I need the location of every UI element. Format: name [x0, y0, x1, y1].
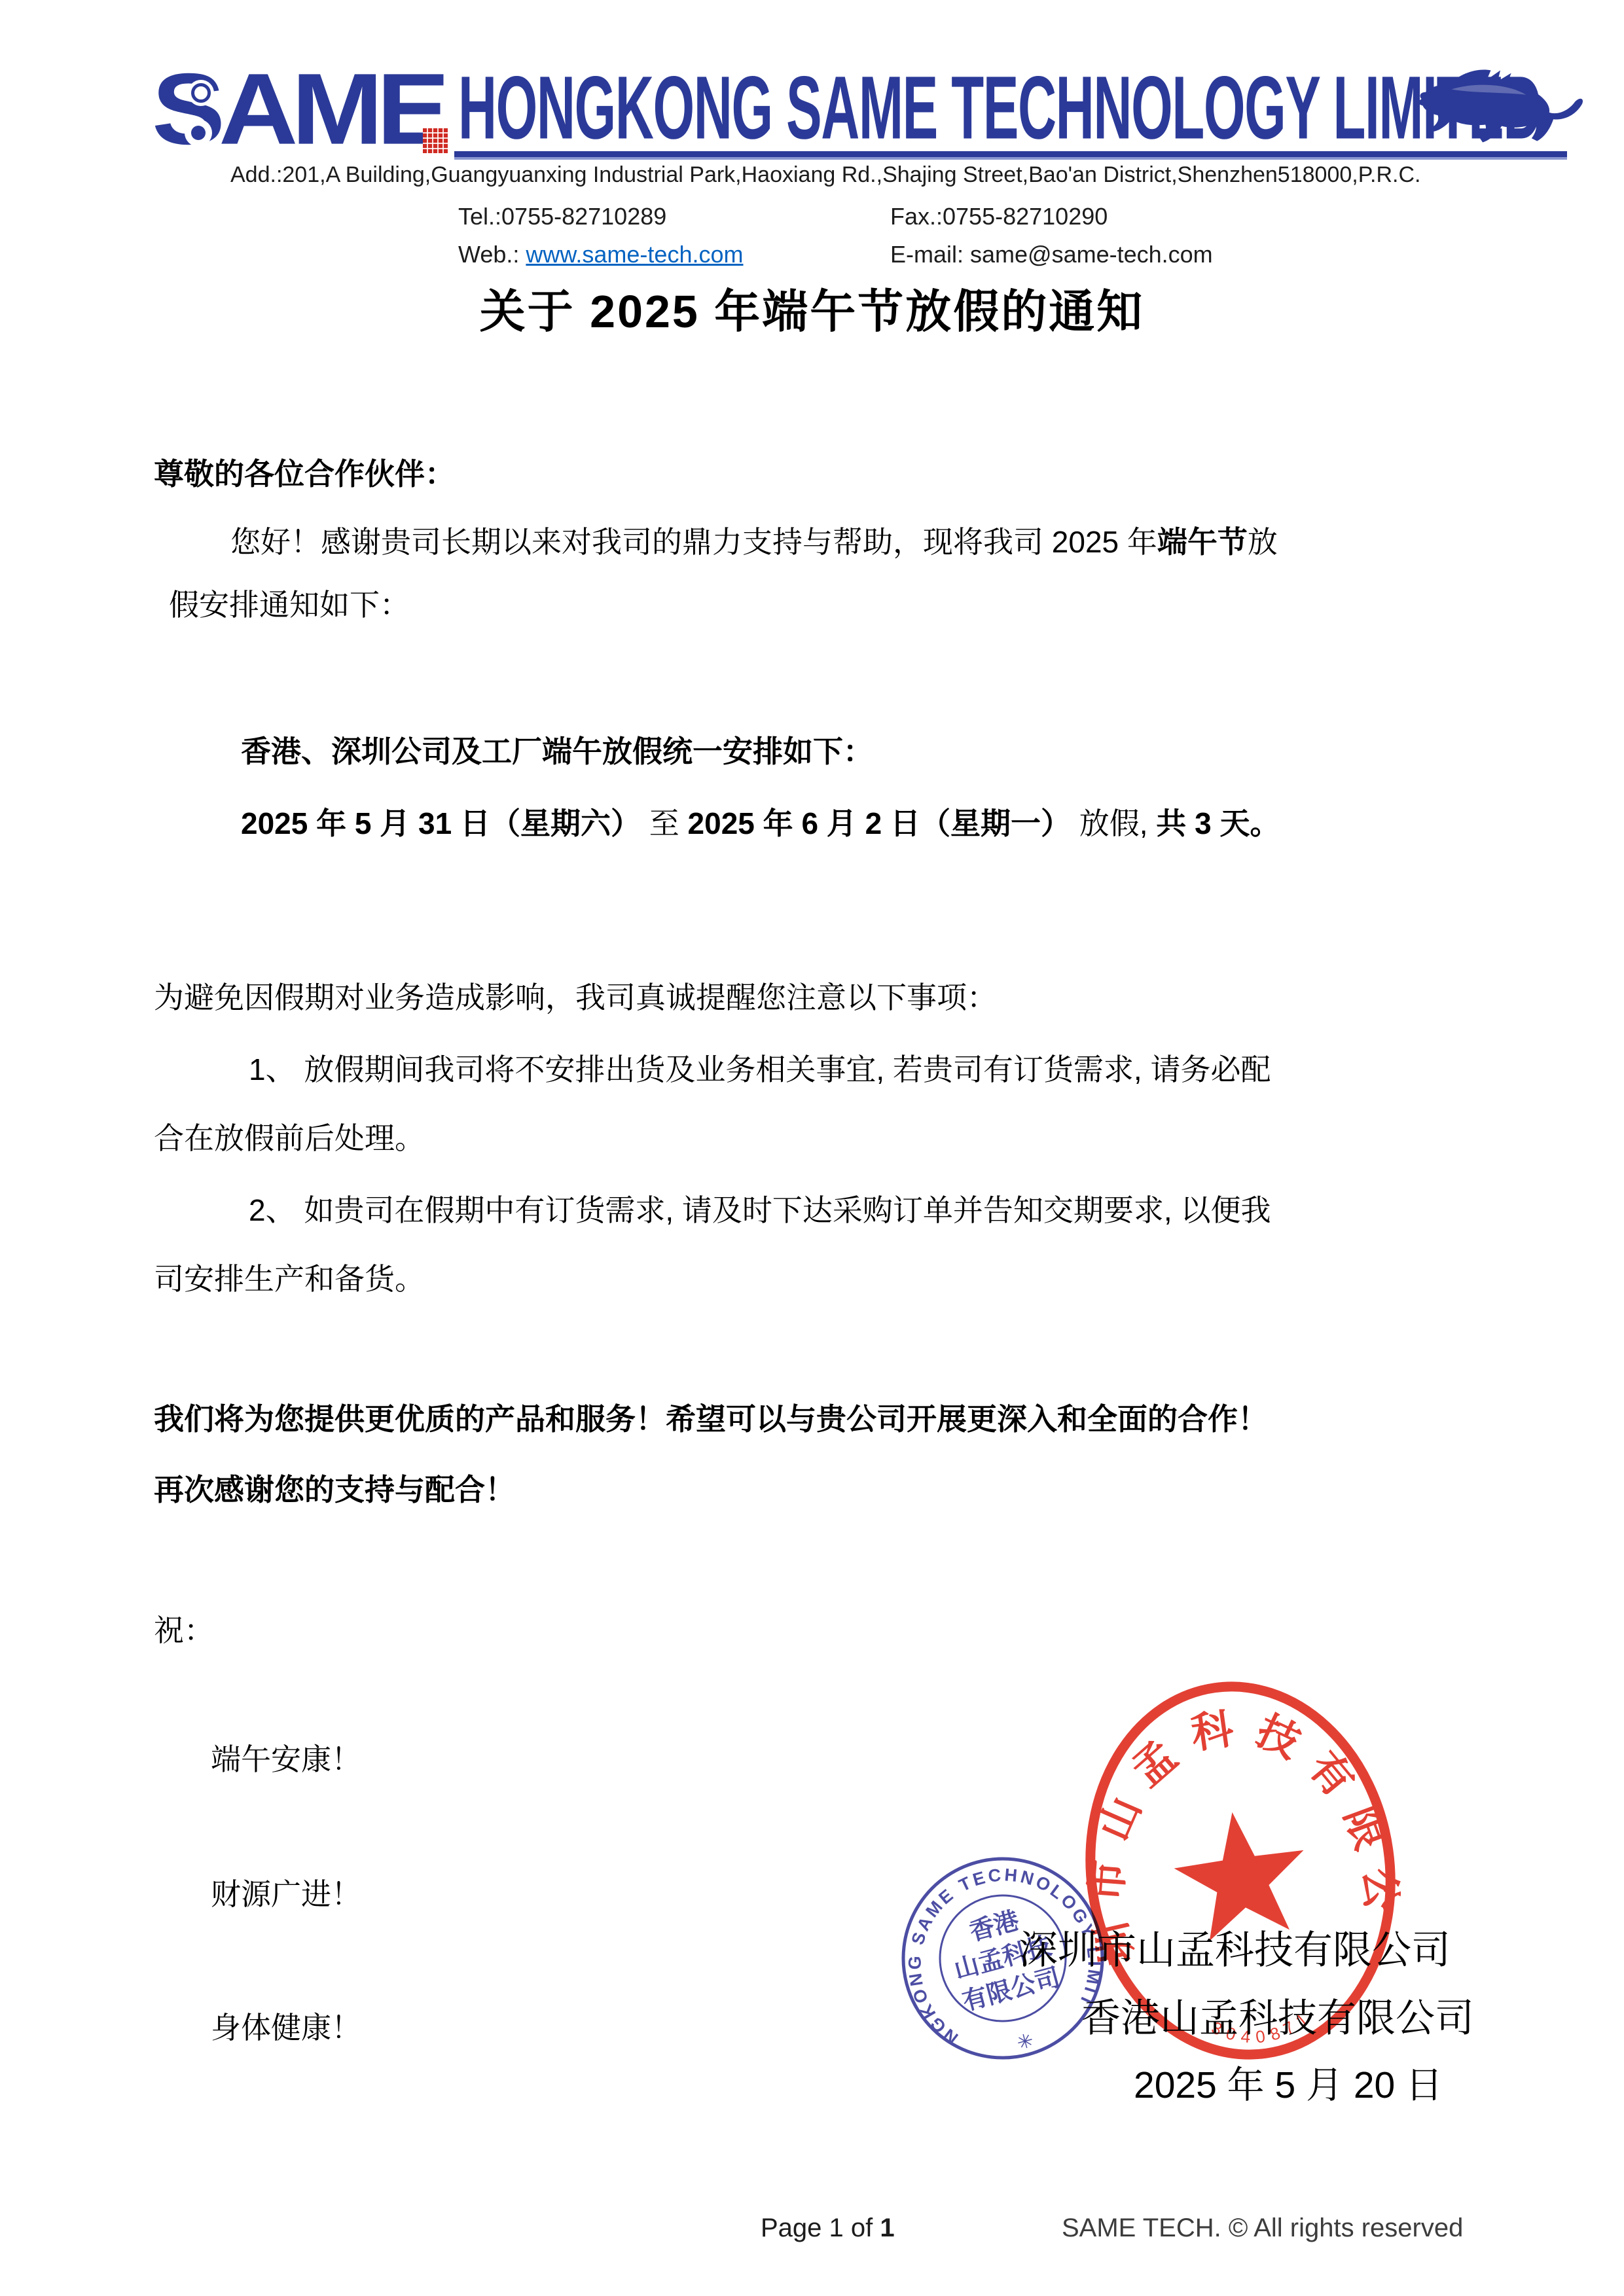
wish-item-1: 端午安康！ [211, 1736, 361, 1779]
logo-dot-decoration [185, 119, 212, 147]
website-link[interactable]: www.same-tech.com [526, 241, 743, 268]
holiday-date-line: 2025 年 5 月 31 日（星期六） 至 2025 年 6 月 2 日（星期… [241, 800, 1280, 843]
company-name-english: HONGKONG SAME TECHNOLOGY LIMITED [458, 56, 1541, 159]
website-line: Web.: www.same-tech.com [458, 241, 743, 268]
blue-stamp-star-glyph: ✳ [1015, 2030, 1036, 2054]
page-number-total: 1 [880, 2214, 894, 2242]
holiday-end-date: 2025 年 6 月 2 日（星期一） [688, 806, 1071, 840]
signature-date: 2025 年 5 月 20 日 [1134, 2055, 1443, 2109]
notice-document-page: SAME HONGKONG SAME TECHNOLOGY LIMITED Ad… [0, 0, 1624, 2296]
signature-company-shenzhen: 深圳市山孟科技有限公司 [1019, 1919, 1451, 1975]
page-title: 关于 2025 年端午节放假的通知 [480, 275, 1145, 341]
copyright-text: SAME TECH. © All rights reserved [1062, 2214, 1463, 2243]
email-line: E-mail: same@same-tech.com [890, 241, 1213, 268]
logo-ring-decoration [188, 80, 214, 106]
holiday-word: 放假, [1071, 806, 1156, 840]
holiday-start-date: 2025 年 5 月 31 日（星期六） [241, 806, 641, 840]
company-address: Add.:201,A Building,Guangyuanxing Indust… [230, 162, 1420, 188]
closing-line2: 再次感谢您的支持与配合！ [154, 1466, 515, 1509]
winged-lion-logo-icon [1411, 62, 1587, 151]
arrangement-heading: 香港、深圳公司及工厂端午放假统一安排如下： [241, 728, 873, 771]
wish-item-2: 财源广进！ [211, 1871, 361, 1914]
fax-number: Fax.:0755-82710290 [890, 203, 1108, 230]
holiday-days-total: 共 3 天。 [1156, 806, 1280, 840]
date-connector: 至 [641, 806, 688, 840]
blue-stamp-center-line1: 香港 [967, 1907, 1022, 1946]
paragraph1-tail: 放 [1248, 525, 1278, 559]
paragraph1-text: 您好！感谢贵司长期以来对我司的鼎力支持与帮助，现将我司 2025 年 [230, 525, 1157, 559]
paragraph1-line1: 您好！感谢贵司长期以来对我司的鼎力支持与帮助，现将我司 2025 年端午节放 [230, 518, 1278, 562]
paragraph1-festival-bold: 端午节 [1157, 525, 1248, 559]
item1-line1: 1、 放假期间我司将不安排出货及业务相关事宜, 若贵司有订货需求, 请务必配 [249, 1046, 1271, 1089]
item2-line1: 2、 如贵司在假期中有订货需求, 请及时下达采购订单并告知交期要求, 以便我 [249, 1187, 1271, 1230]
page-number-prefix: Page 1 of [761, 2214, 880, 2242]
signature-company-hongkong: 香港山孟科技有限公司 [1081, 1987, 1474, 2043]
wish-label: 祝： [154, 1607, 214, 1650]
salutation-line: 尊敬的各位合作伙伴： [154, 450, 455, 493]
paragraph1-line2: 假安排通知如下： [169, 581, 410, 624]
logo-mini-seal [423, 128, 448, 153]
wish-item-3: 身体健康！ [211, 2004, 361, 2047]
notice-intro-line: 为避免因假期对业务造成影响，我司真诚提醒您注意以下事项： [154, 974, 997, 1017]
item2-line2: 司安排生产和备货。 [154, 1255, 425, 1299]
page-number: Page 1 of 1 [761, 2214, 895, 2243]
web-label: Web.: [458, 241, 526, 268]
item1-line2: 合在放假前后处理。 [154, 1115, 425, 1158]
header-divider [454, 151, 1567, 160]
closing-line1: 我们将为您提供更优质的产品和服务！希望可以与贵公司开展更深入和全面的合作！ [154, 1395, 1268, 1439]
tel-number: Tel.:0755-82710289 [458, 203, 666, 230]
same-logo: SAME [152, 51, 443, 168]
